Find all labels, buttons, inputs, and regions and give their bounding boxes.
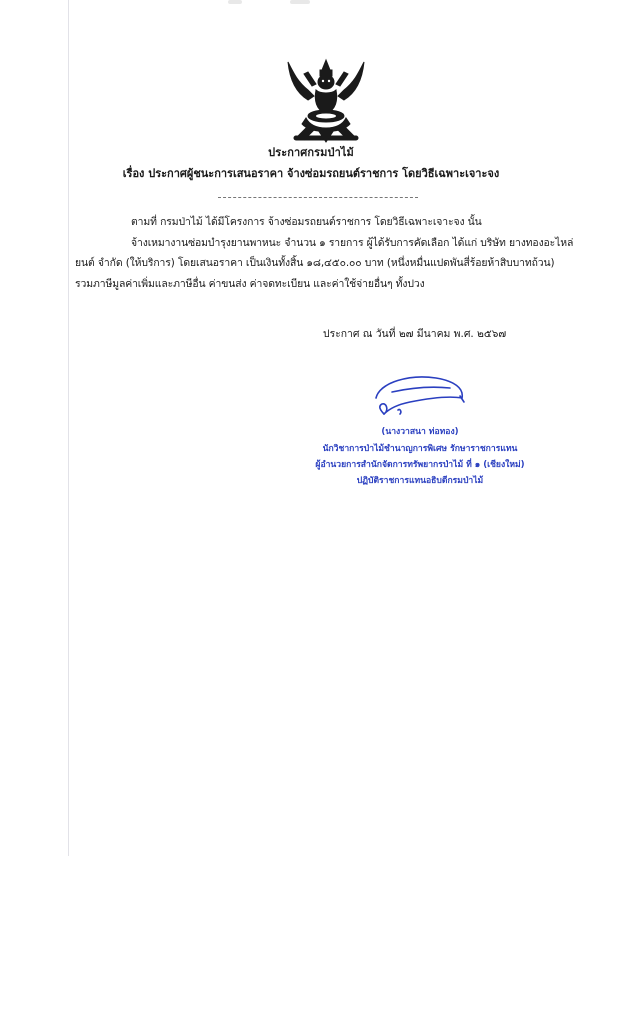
body-paragraph-2-line-2: ยนต์ จำกัด (ให้บริการ) โดยเสนอราคา เป็นเ… xyxy=(75,254,555,271)
scan-smudge xyxy=(228,0,242,4)
signer-position-2: ผู้อำนวยการสำนักจัดการทรัพยากรป่าไม้ ที่… xyxy=(300,457,540,471)
scan-smudge xyxy=(290,0,310,4)
signer-position-3: ปฏิบัติราชการแทนอธิบดีกรมป่าไม้ xyxy=(300,473,540,487)
handwritten-signature-icon xyxy=(370,372,470,424)
announcement-date: ประกาศ ณ วันที่ ๒๗ มีนาคม พ.ศ. ๒๕๖๗ xyxy=(323,325,506,342)
signer-name: (นางวาสนา ท่อทอง) xyxy=(300,424,540,438)
agency-title: ประกาศกรมป่าไม้ xyxy=(0,143,622,161)
signer-position-1: นักวิชาการป่าไม้ชำนาญการพิเศษ รักษาราชกา… xyxy=(300,441,540,455)
garuda-emblem-icon xyxy=(284,56,368,144)
page-edge-line xyxy=(68,0,69,856)
body-paragraph-2-line-1: จ้างเหมางานซ่อมบำรุงยานพาหนะ จำนวน ๑ ราย… xyxy=(131,234,573,251)
body-paragraph-2-line-3: รวมภาษีมูลค่าเพิ่มและภาษีอื่น ค่าขนส่ง ค… xyxy=(75,275,425,292)
body-paragraph-1: ตามที่ กรมป่าไม้ ได้มีโครงการ จ้างซ่อมรถ… xyxy=(131,213,482,230)
separator-line xyxy=(218,197,418,198)
announcement-subject: เรื่อง ประกาศผู้ชนะการเสนอราคา จ้างซ่อมร… xyxy=(0,164,622,182)
